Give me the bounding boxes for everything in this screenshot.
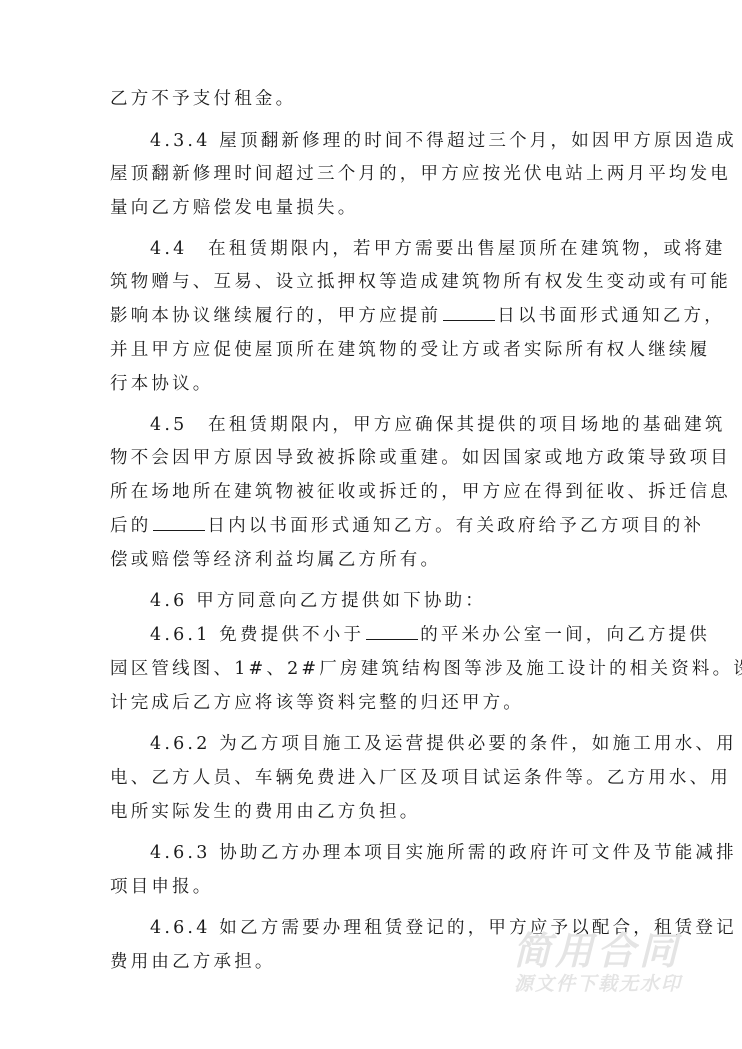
watermark-subtitle: 源文件下载无水印 — [514, 969, 682, 996]
text-line: 筑物赠与、互易、设立抵押权等造成建筑物所有权发生变动或有可能 — [110, 271, 731, 293]
clause-4-5: 4.5 在租赁期限内，甲方应确保其提供的项目场地的基础建筑 — [150, 414, 726, 436]
text-line: 物不会因甲方原因导致被拆除或重建。如因国家或地方政策导致项目 — [110, 447, 731, 469]
text-line: 计完成后乙方应将该等资料完整的归还甲方。 — [110, 692, 524, 714]
fill-in-blank[interactable] — [443, 305, 495, 321]
text-line: 所在场地所在建筑物被征收或拆迁的，甲方应在得到征收、拆迁信息 — [110, 481, 731, 503]
clause-4-4: 4.4 在租赁期限内，若甲方需要出售屋顶所在建筑物，或将建 — [150, 238, 726, 260]
text-segment: 日内以书面形式通知乙方。有关政府给予乙方项目的补 — [207, 516, 704, 536]
text-line-with-blank: 后的日内以书面形式通知乙方。有关政府给予乙方项目的补 — [110, 515, 704, 537]
watermark-title: 简用合同 — [513, 920, 681, 975]
text-line: 园区管线图、1#、2#厂房建筑结构图等涉及施工设计的相关资料。设 — [110, 658, 742, 680]
fill-in-blank[interactable] — [153, 515, 205, 531]
text-line: 电所实际发生的费用由乙方负担。 — [110, 801, 421, 823]
text-line: 电、乙方人员、车辆免费进入厂区及项目试运条件等。乙方用水、用 — [110, 767, 731, 789]
clause-4-6-3: 4.6.3 协助乙方办理本项目实施所需的政府许可文件及节能减排 — [150, 842, 737, 864]
text-line: 偿或赔偿等经济利益均属乙方所有。 — [110, 549, 441, 571]
text-line-with-blank: 影响本协议继续履行的，甲方应提前日以书面形式通知乙方， — [110, 305, 725, 327]
clause-4-6-1: 4.6.1 免费提供不小于的平米办公室一间，向乙方提供 — [150, 624, 710, 646]
text-segment: 4.6.1 免费提供不小于 — [150, 625, 364, 645]
text-segment: 后的 — [110, 516, 151, 536]
clause-4-3-4: 4.3.4 屋顶翻新修理的时间不得超过三个月，如因甲方原因造成 — [150, 130, 737, 152]
clause-4-6: 4.6 甲方同意向乙方提供如下协助： — [150, 590, 486, 612]
text-line: 屋顶翻新修理时间超过三个月的，甲方应按光伏电站上两月平均发电 — [110, 163, 731, 185]
text-line: 量向乙方赔偿发电量损失。 — [110, 197, 358, 219]
text-line: 并且甲方应促使屋顶所在建筑物的受让方或者实际所有权人继续履 — [110, 339, 710, 361]
text-segment: 影响本协议继续履行的，甲方应提前 — [110, 306, 441, 326]
text-segment: 的平米办公室一间，向乙方提供 — [420, 625, 710, 645]
text-line: 项目申报。 — [110, 876, 214, 898]
clause-4-6-2: 4.6.2 为乙方项目施工及运营提供必要的条件，如施工用水、用 — [150, 733, 737, 755]
document-page: 乙方不予支付租金。 4.3.4 屋顶翻新修理的时间不得超过三个月，如因甲方原因造… — [0, 0, 742, 1049]
text-line: 费用由乙方承担。 — [110, 951, 276, 973]
text-segment: 日以书面形式通知乙方， — [497, 306, 725, 326]
text-line: 行本协议。 — [110, 373, 214, 395]
text-line: 乙方不予支付租金。 — [110, 88, 296, 110]
fill-in-blank[interactable] — [366, 624, 418, 640]
